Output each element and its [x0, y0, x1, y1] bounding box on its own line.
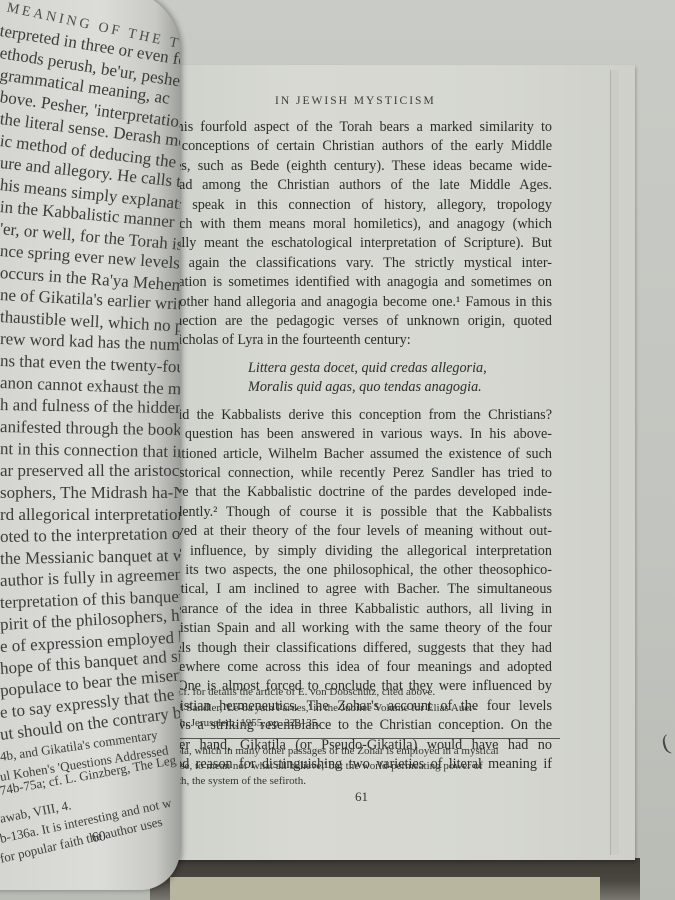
text-line: entioned article, Wilhelm Bacher assumed… — [168, 445, 552, 464]
verse-line: Littera gesta docet, quid credas allegor… — [168, 359, 552, 378]
text-line: is question has been answered in various… — [168, 425, 552, 444]
text-line: historical connection, while recently Pe… — [168, 464, 552, 483]
right-page-body: This fourfold aspect of the Torah bears … — [168, 118, 552, 774]
text-line: ually meant the eschatological interpret… — [168, 234, 552, 253]
text-line: This fourfold aspect of the Torah bears … — [168, 118, 552, 137]
running-head-right: in jewish mysticism — [275, 95, 436, 107]
latin-verse: Littera gesta docet, quid credas allegor… — [168, 359, 552, 398]
text-line: hristian Spain and all working with the … — [168, 619, 552, 638]
text-line: h and fulness of the hidden m — [0, 394, 180, 419]
text-line: anifested through the books of — [0, 416, 180, 441]
text-line: pearance of the idea in three Kabbalisti… — [168, 600, 552, 619]
text-line: e conceptions of certain Christian autho… — [168, 137, 552, 156]
paragraph-1: This fourfold aspect of the Torah bears … — [168, 118, 552, 351]
text-line: rived at their theory of the four levels… — [168, 522, 552, 541]
text-line: re again the classifications vary. The s… — [168, 254, 552, 273]
footnote-rule — [170, 738, 560, 739]
text-line: kola, which in many other passages of th… — [170, 744, 562, 759]
text-line: ense, to mean not 'what all believe,' bu… — [170, 759, 562, 774]
footnotes: ¹ Cf. for details the article of E. von … — [170, 685, 555, 732]
footnote-2-cont: ach, Jerusalem, 1955, pp. 222–35. — [170, 716, 555, 732]
text-line: aith, the system of the sefiroth. — [170, 774, 562, 789]
table-surface — [170, 877, 600, 900]
text-line: sophers, The Midrash ha-Ne'lam — [0, 482, 180, 504]
left-page: he meaning of the to terpreted in three … — [0, 0, 180, 890]
text-line: ges, such as Bede (eighth century). Thes… — [168, 157, 552, 176]
text-line: Did the Kabbalists derive this conceptio… — [168, 406, 552, 425]
footnote-2: ² P. Sandler, 'Le-ba'yath Pardes,' in th… — [170, 701, 555, 717]
page-number-left: 60 — [91, 829, 107, 847]
continued-footnote: kola, which in many other passages of th… — [170, 744, 562, 789]
text-line: ndently.² Though of course it is possibl… — [168, 503, 552, 522]
page-edge — [610, 70, 619, 855]
text-line: Nicholas of Lyra in the fourteenth centu… — [168, 331, 552, 350]
text-line: nnection are the pedagogic verses of unk… — [168, 312, 552, 331]
text-line: vels though their classifications differ… — [168, 639, 552, 658]
page-number-right: 61 — [355, 789, 368, 805]
text-line: read among the Christian authors of the … — [168, 176, 552, 195]
text-line: etation is sometimes identified with ana… — [168, 273, 552, 292]
verse-line: Moralis quid agas, quo tendas anagogia. — [168, 378, 552, 397]
text-line: ar preserved all the aristocrat — [0, 460, 180, 482]
text-line: de influence, by simply dividing the all… — [168, 542, 552, 561]
footnote-1: ¹ Cf. for details the article of E. von … — [170, 685, 555, 701]
text-line: ove that the Kabbalistic doctrine of the… — [168, 483, 552, 502]
text-line: hich with them means moral homiletics), … — [168, 215, 552, 234]
surface-mark: ( — [659, 729, 673, 756]
text-line: mewhere come across this idea of four me… — [168, 658, 552, 677]
text-line: oted to the interpretation o — [0, 523, 180, 548]
text-line: ystical, I am inclined to agree with Bac… — [168, 580, 552, 599]
text-line: ey speak in this connection of history, … — [168, 196, 552, 215]
text-line: e other hand allegoria and anagogia beco… — [168, 293, 552, 312]
text-line: to its two aspects, the one philosophica… — [168, 561, 552, 580]
